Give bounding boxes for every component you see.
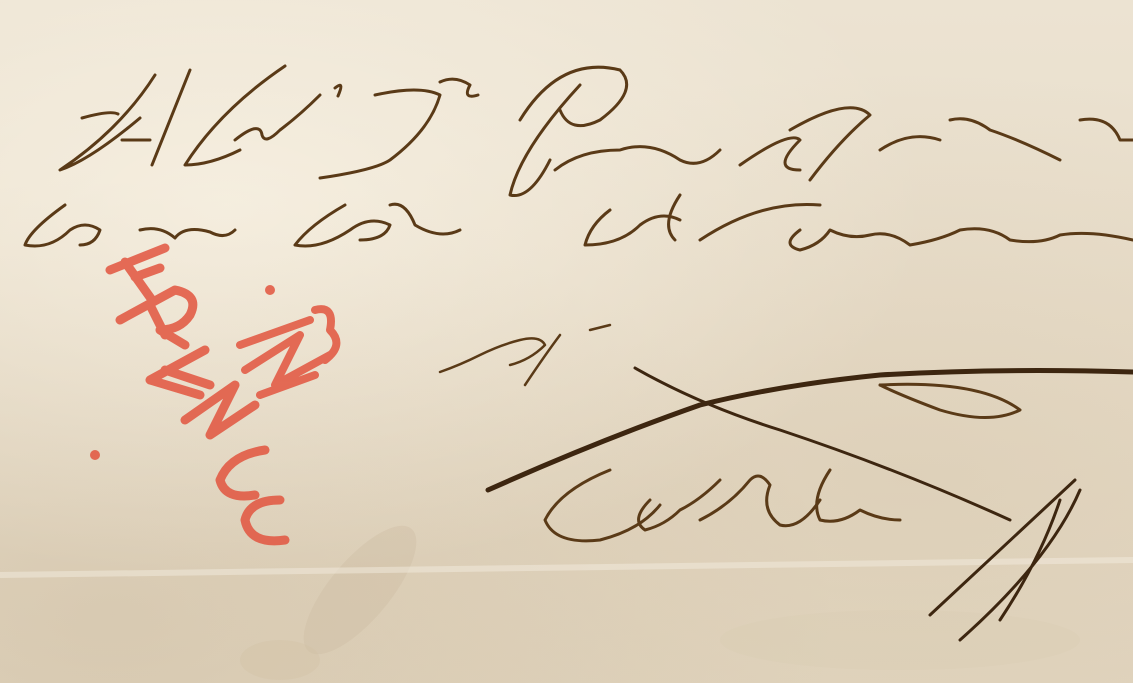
cross-strokes: [488, 368, 1133, 520]
handwriting-line-3: [440, 325, 610, 385]
handwriting-line-1: [60, 66, 1133, 196]
letter-cover: Al Sor. Dn. Pedro Nolasco con su Socio d…: [0, 0, 1133, 683]
handwritten-address: [0, 0, 1133, 683]
handwriting-line-2: [25, 195, 1133, 250]
handwriting-destination: [545, 470, 1080, 640]
